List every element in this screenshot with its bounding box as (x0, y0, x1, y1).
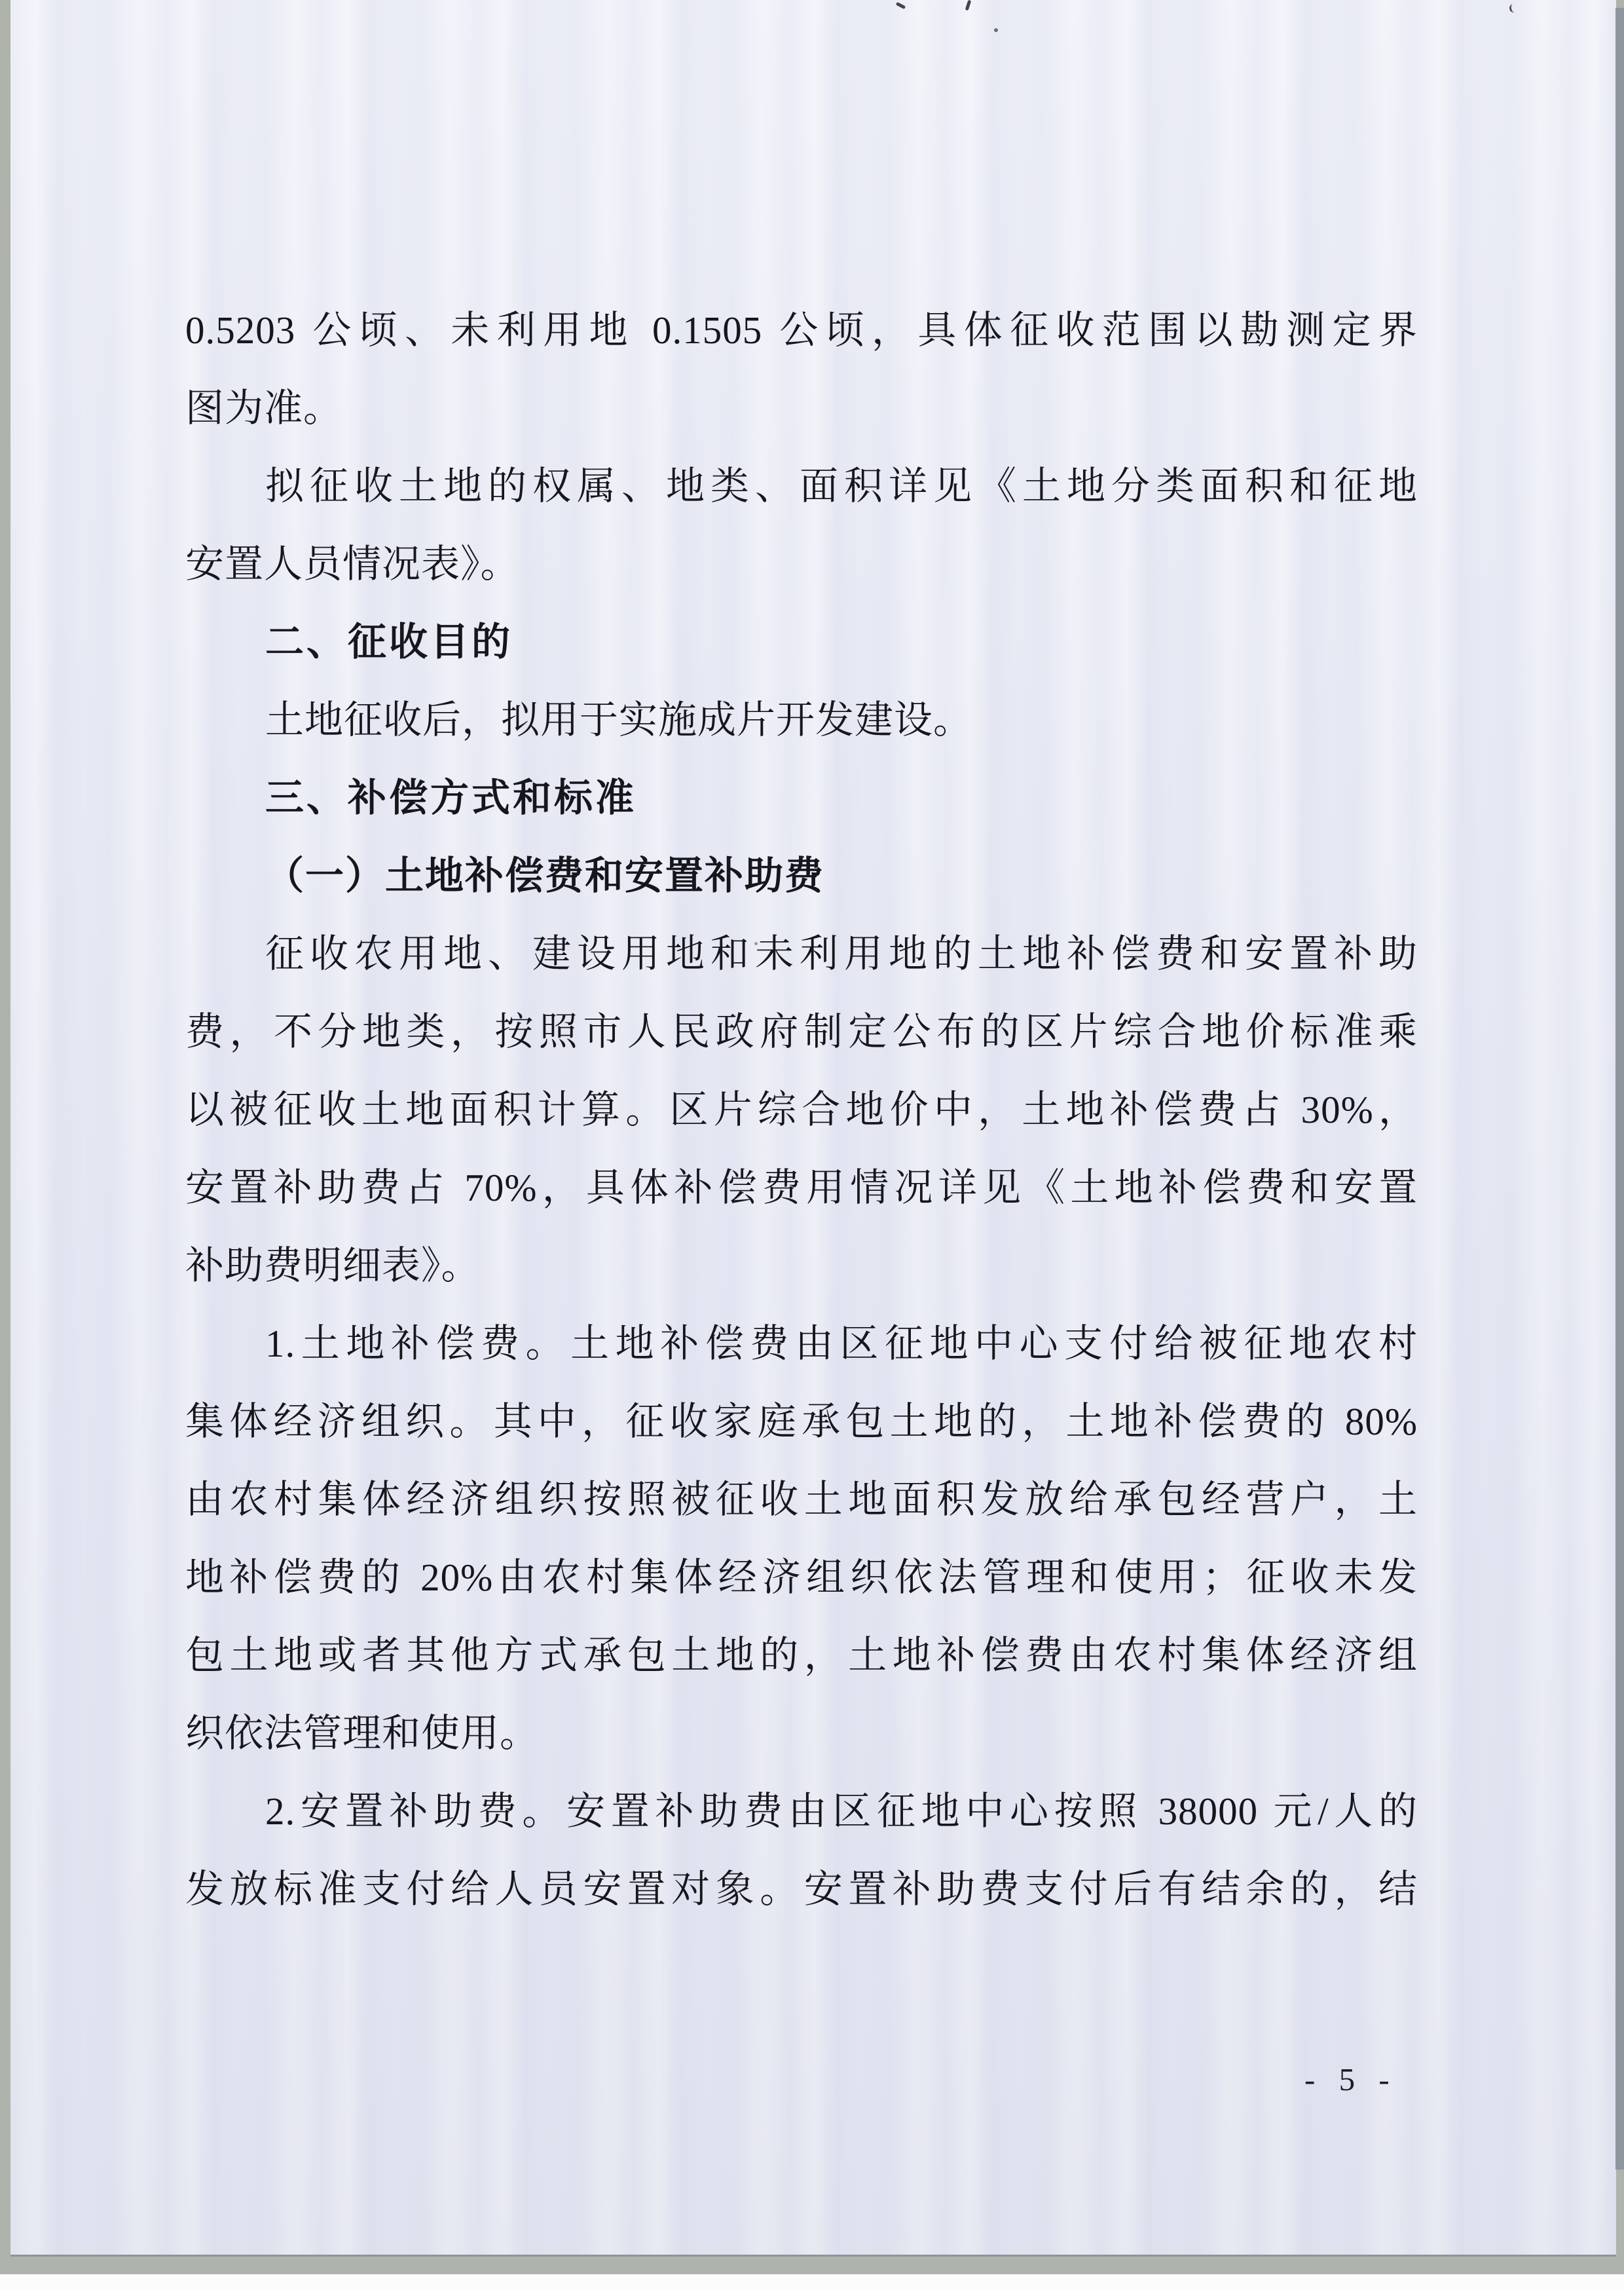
scanner-bottom-strip (0, 2274, 1624, 2290)
text-line: 以被征收土地面积计算。区片综合地价中，土地补偿费占 30%， (185, 1071, 1418, 1149)
text-line: 土地征收后，拟用于实施成片开发建设。 (185, 681, 1418, 759)
section-heading: 二、征收目的 (185, 603, 1418, 681)
text-line: 图为准。 (185, 369, 1418, 447)
page-number: - 5 - (1304, 2057, 1397, 2103)
text-line: 征收农用地、建设用地和未利用地的土地补偿费和安置补助 (185, 915, 1418, 993)
scanner-backing-right-edge (1615, 8, 1624, 2169)
subsection-heading: （一）土地补偿费和安置补助费 (185, 837, 1418, 915)
text-line: 地补偿费的 20%由农村集体经济组织依法管理和使用；征收未发 (185, 1539, 1418, 1617)
text-line: 拟征收土地的权属、地类、面积详见《土地分类面积和征地 (185, 447, 1418, 525)
scan-speck (754, 942, 758, 945)
section-heading: 三、补偿方式和标准 (185, 759, 1418, 837)
text-line: 发放标准支付给人员安置对象。安置补助费支付后有结余的，结 (185, 1850, 1418, 1928)
scanned-page: 0.5203 公顷、未利用地 0.1505 公顷，具体征收范围以勘测定界 图为准… (0, 0, 1624, 2290)
text-line: 织依法管理和使用。 (185, 1695, 1418, 1773)
scan-speck (994, 28, 998, 32)
text-line: 补助费明细表》。 (185, 1227, 1418, 1305)
text-line: 包土地或者其他方式承包土地的，土地补偿费由农村集体经济组 (185, 1617, 1418, 1695)
text-line: 2.安置补助费。安置补助费由区征地中心按照 38000 元/人的 (185, 1773, 1418, 1850)
text-line: 0.5203 公顷、未利用地 0.1505 公顷，具体征收范围以勘测定界 (185, 291, 1418, 369)
text-line: 集体经济组织。其中，征收家庭承包土地的，土地补偿费的 80% (185, 1383, 1418, 1461)
text-line: 1.土地补偿费。土地补偿费由区征地中心支付给被征地农村 (185, 1305, 1418, 1383)
text-line: 安置人员情况表》。 (185, 525, 1418, 603)
document-body: 0.5203 公顷、未利用地 0.1505 公顷，具体征收范围以勘测定界 图为准… (185, 291, 1418, 1928)
text-line: 由农村集体经济组织按照被征收土地面积发放给承包经营户，土 (185, 1461, 1418, 1539)
text-line: 费，不分地类，按照市人民政府制定公布的区片综合地价标准乘 (185, 993, 1418, 1071)
text-line: 安置补助费占 70%，具体补偿费用情况详见《土地补偿费和安置 (185, 1149, 1418, 1227)
